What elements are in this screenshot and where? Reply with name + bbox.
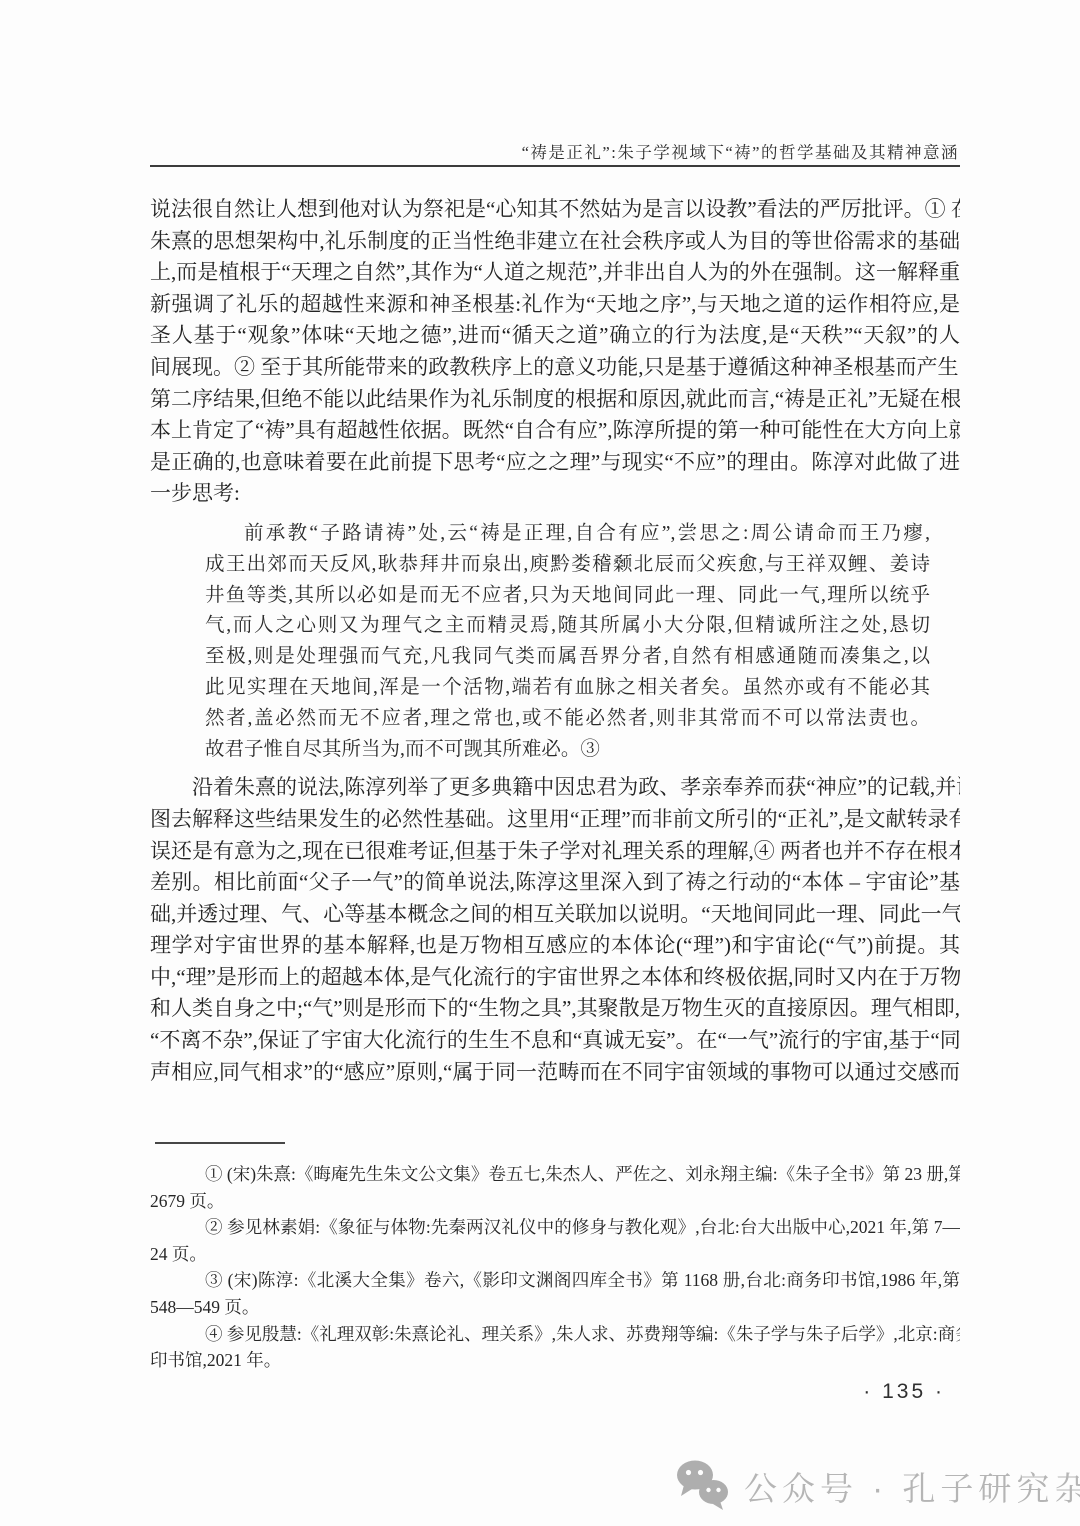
body-text-line: 础,并透过理、气、心等基本概念之间的相互关联加以说明。“天地间同此一理、同此一气… (150, 899, 960, 931)
body-text-line: 中,“理”是形而上的超越本体,是气化流行的宇宙世界之本体和终极依据,同时又内在于… (150, 962, 960, 994)
quote-text-line: 此见实理在天地间,浑是一个活物,端若有血脉之相关者矣。虽然亦或有不能必其 (205, 673, 930, 704)
footnotes: ① (宋)朱熹:《晦庵先生朱文公文集》卷五七,朱杰人、严佐之、刘永翔主编:《朱子… (150, 1161, 960, 1374)
quote-text-line: 至极,则是处理强而气充,凡我同气类而属吾界分者,自然有相感通随而凑集之,以 (205, 642, 930, 673)
running-head-title: “祷是正礼”:朱子学视域下“祷”的哲学基础及其精神意涵 (522, 139, 959, 163)
body-text-line: 圣人基于“观象”体味“天地之德”,进而“循天之道”确立的行为法度,是“天秩”“天… (150, 320, 960, 352)
quote-text-line: 气,而人之心则又为理气之主而精灵焉,随其所属小大分限,但精诚所注之处,恳切 (205, 611, 930, 642)
body-text-line: 误还是有意为之,现在已很难考证,但基于朱子学对礼理关系的理解,④ 两者也并不存在… (150, 836, 960, 868)
body-text-line: 本上肯定了“祷”具有超越性依据。既然“自合有应”,陈淳所提的第一种可能性在大方向… (150, 415, 960, 447)
footnote-line: ③ (宋)陈淳:《北溪大全集》卷六,《影印文渊阁四库全书》第 1168 册,台北… (150, 1267, 960, 1294)
body-text-line: 间展现。② 至于其所能带来的政教秩序上的意义功能,只是基于遵循这种神圣根基而产生… (150, 352, 960, 384)
body-text-line: “不离不杂”,保证了宇宙大化流行的生生不息和“真诚无妄”。在“一气”流行的宇宙,… (150, 1025, 960, 1057)
footnote-line: ② 参见林素娟:《象征与体物:先秦两汉礼仪中的修身与教化观》,台北:台大出版中心… (150, 1214, 960, 1241)
body-text-line: 说法很自然让人想到他对认为祭祀是“心知其不然姑为是言以设教”看法的严厉批评。① … (150, 194, 960, 226)
footnote-line: 548—549 页。 (150, 1294, 960, 1321)
body-text-line: 朱熹的思想架构中,礼乐制度的正当性绝非建立在社会秩序或人为目的等世俗需求的基础 (150, 226, 960, 258)
page-number: · 135 · (0, 1380, 945, 1404)
body-text-line: 第二序结果,但绝不能以此结果作为礼乐制度的根据和原因,就此而言,“祷是正礼”无疑… (150, 384, 960, 416)
wechat-watermark: 公众号 · 孔子研究杂志 (676, 1460, 1080, 1512)
body-text-line: 差别。相比前面“父子一气”的简单说法,陈淳这里深入到了祷之行动的“本体 – 宇宙… (150, 867, 960, 899)
watermark-text: 公众号 · 孔子研究杂志 (744, 1463, 1080, 1510)
paragraph-1: 说法很自然让人想到他对认为祭祀是“心知其不然姑为是言以设教”看法的严厉批评。① … (150, 194, 960, 510)
quote-text-line: 然者,盖必然而无不应者,理之常也,或不能必然者,则非其常而不可以常法责也。 (205, 704, 930, 735)
body-text-line: 图去解释这些结果发生的必然性基础。这里用“正理”而非前文所引的“正礼”,是文献转… (150, 804, 960, 836)
body-text-line: 是正确的,也意味着要在此前提下思考“应之之理”与现实“不应”的理由。陈淳对此做了… (150, 447, 960, 479)
footnote-line: 2679 页。 (150, 1188, 960, 1215)
footnote-line: 24 页。 (150, 1241, 960, 1268)
wechat-icon (676, 1460, 730, 1512)
quote-text-line: 成王出郊而天反风,耿恭拜井而泉出,庾黔娄稽颡北辰而父疾愈,与王祥双鲤、姜诗 (205, 550, 930, 581)
body-text-line: 沿着朱熹的说法,陈淳列举了更多典籍中因忠君为政、孝亲奉养而获“神应”的记载,并试 (150, 772, 960, 804)
footnote-line: 印书馆,2021 年。 (150, 1347, 960, 1374)
quote-text-line: 前承教“子路请祷”处,云“祷是正理,自合有应”,尝思之:周公请命而王乃瘳, (205, 519, 930, 550)
body-text-line: 一步思考: (150, 478, 960, 510)
body-text-line: 和人类自身之中;“气”则是形而下的“生物之具”,其聚散是万物生灭的直接原因。理气… (150, 993, 960, 1025)
body-text-line: 上,而是植根于“天理之自然”,其作为“人道之规范”,并非出自人为的外在强制。这一… (150, 257, 960, 289)
footnote-line: ① (宋)朱熹:《晦庵先生朱文公文集》卷五七,朱杰人、严佐之、刘永翔主编:《朱子… (150, 1161, 960, 1188)
paragraph-2: 沿着朱熹的说法,陈淳列举了更多典籍中因忠君为政、孝亲奉养而获“神应”的记载,并试… (150, 772, 960, 1088)
footnote-separator-rule (155, 1142, 285, 1144)
body-text-line: 新强调了礼乐的超越性来源和神圣根基:礼作为“天地之序”,与天地之道的运作相符应,… (150, 289, 960, 321)
body-text-line: 声相应,同气相求”的“感应”原则,“属于同一范畴而在不同宇宙领域的事物可以通过交… (150, 1057, 960, 1089)
header-rule (150, 165, 960, 167)
main-text-column: 说法很自然让人想到他对认为祭祀是“心知其不然姑为是言以设教”看法的严厉批评。① … (150, 194, 960, 1088)
block-quote: 前承教“子路请祷”处,云“祷是正理,自合有应”,尝思之:周公请命而王乃瘳,成王出… (205, 519, 930, 765)
quote-text-line: 故君子惟自尽其所当为,而不可觊其所难必。③ (205, 735, 930, 766)
quote-text-line: 井鱼等类,其所以必如是而无不应者,只为天地间同此一理、同此一气,理所以统乎 (205, 581, 930, 612)
body-text-line: 理学对宇宙世界的基本解释,也是万物相互感应的本体论(“理”)和宇宙论(“气”)前… (150, 930, 960, 962)
scanned-paper-page: “祷是正礼”:朱子学视域下“祷”的哲学基础及其精神意涵 说法很自然让人想到他对认… (0, 0, 1080, 1526)
footnote-line: ④ 参见殷慧:《礼理双彰:朱熹论礼、理关系》,朱人求、苏费翔等编:《朱子学与朱子… (150, 1321, 960, 1348)
